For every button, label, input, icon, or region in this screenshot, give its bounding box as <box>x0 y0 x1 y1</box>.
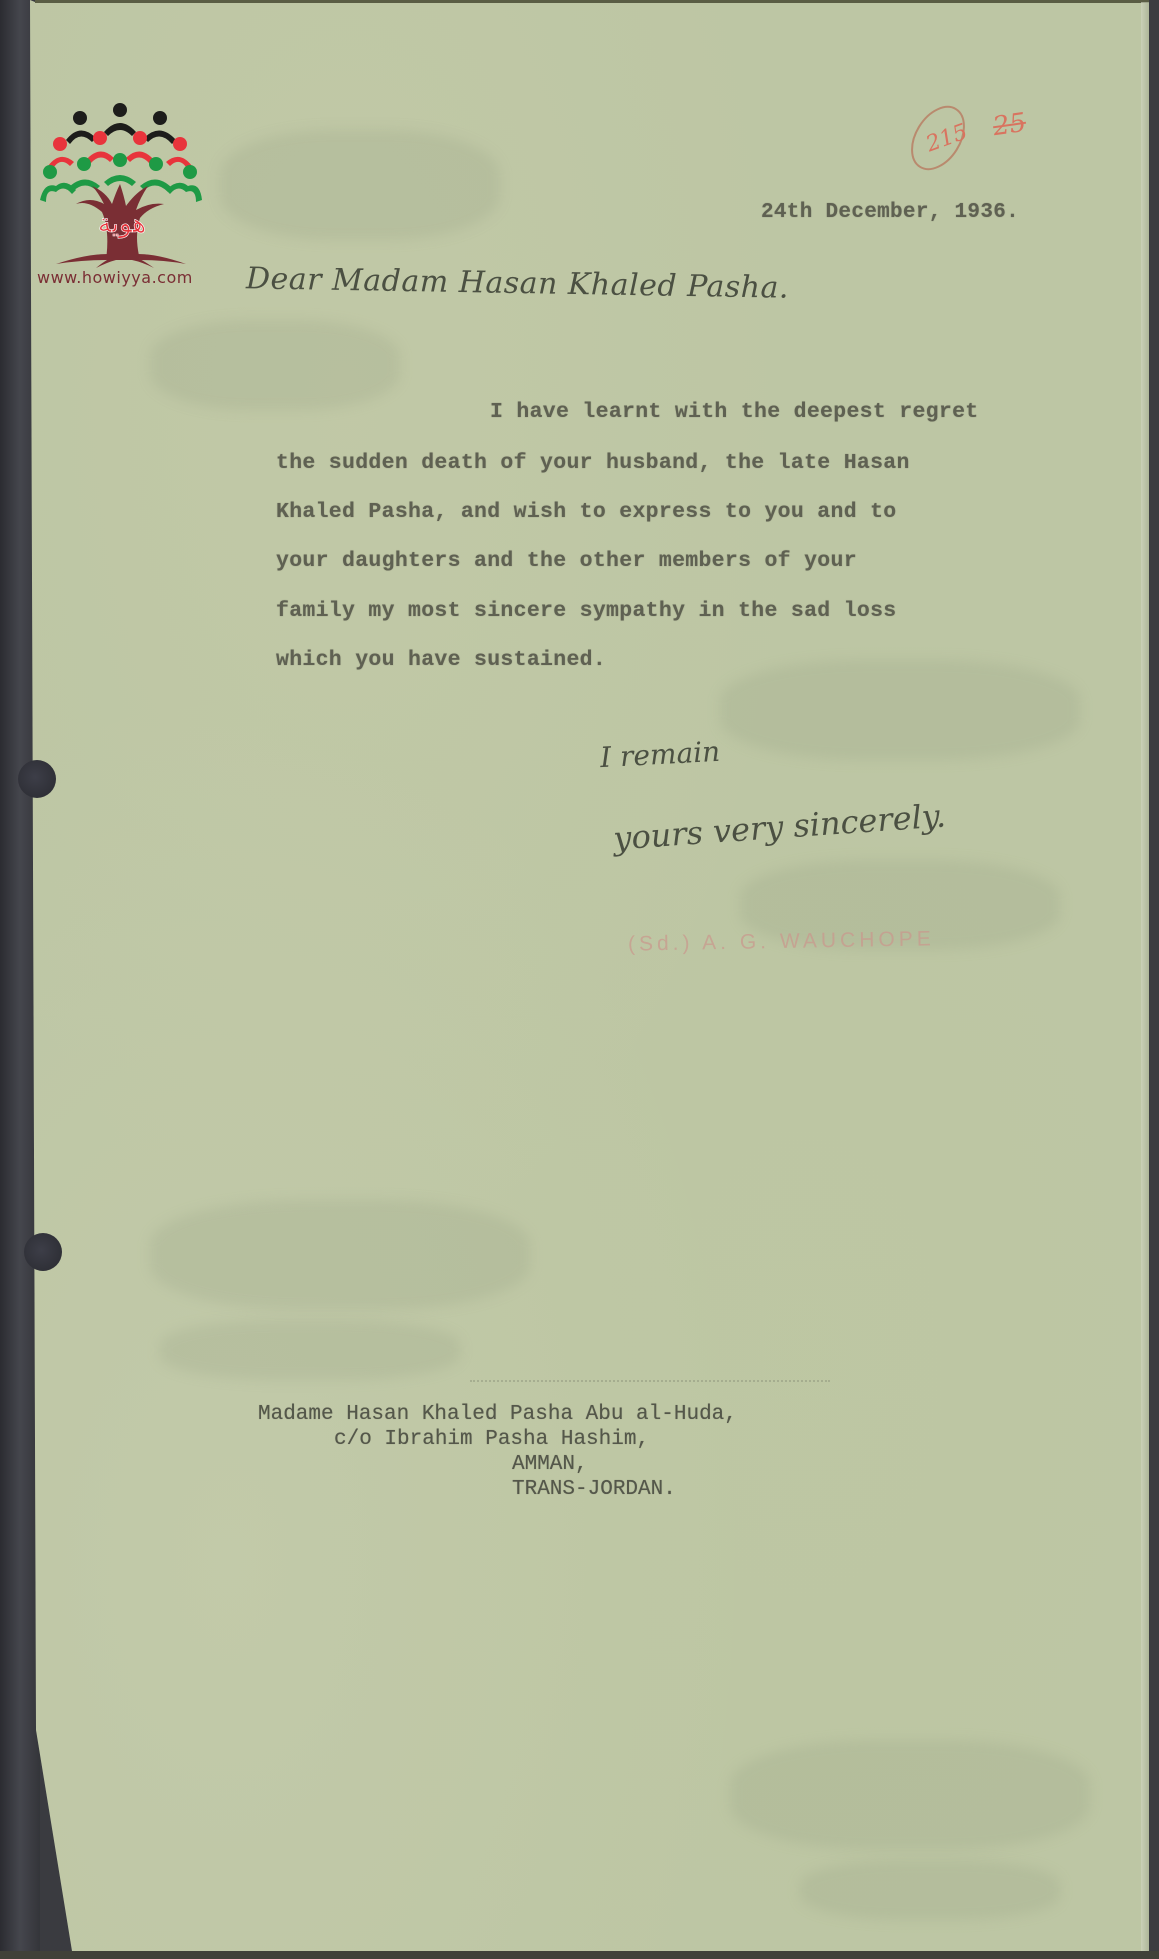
closing-line: I remain <box>599 735 721 774</box>
bleed-through-mark <box>150 1200 530 1310</box>
struck-folio-number: 25 <box>991 108 1028 142</box>
bleed-through-mark <box>800 1860 1060 1920</box>
svg-text:هوية: هوية <box>98 209 146 239</box>
address-line: TRANS-JORDAN. <box>512 1478 676 1501</box>
bleed-through-mark <box>730 1740 1090 1850</box>
body-line: the sudden death of your husband, the la… <box>276 451 910 475</box>
sheet-right-edge <box>1141 2 1149 1951</box>
address-line: AMMAN, <box>512 1453 588 1476</box>
letter-date: 24th December, 1936. <box>761 201 1019 224</box>
sheet-top-edge <box>35 0 1149 3</box>
body-line: family my most sincere sympathy in the s… <box>276 599 897 623</box>
body-line: Khaled Pasha, and wish to express to you… <box>276 500 897 524</box>
scanner-background-right <box>1149 0 1159 1959</box>
bleed-through-mark <box>220 130 500 240</box>
punch-hole <box>24 1233 62 1271</box>
body-line: which you have sustained. <box>276 648 606 672</box>
address-line: c/o Ibrahim Pasha Hashim, <box>334 1428 649 1451</box>
bleed-through-mark <box>160 1320 460 1380</box>
body-line: your daughters and the other members of … <box>276 549 857 573</box>
bleed-through-mark <box>720 660 1080 760</box>
punch-hole <box>18 760 56 798</box>
svg-text:215: 215 <box>922 119 971 157</box>
scanner-background-bottom <box>0 1951 1159 1959</box>
logo-url-text: www.howiyya.com <box>37 268 193 287</box>
howiyya-logo: هوية <box>36 100 206 290</box>
tree-of-people-icon: هوية <box>36 100 206 270</box>
address-line: Madame Hasan Khaled Pasha Abu al-Huda, <box>258 1403 737 1426</box>
bleed-through-mark <box>150 320 400 410</box>
folio-number-circle: 215 <box>893 102 983 174</box>
body-line: I have learnt with the deepest regret <box>490 400 978 424</box>
address-divider <box>470 1380 830 1382</box>
